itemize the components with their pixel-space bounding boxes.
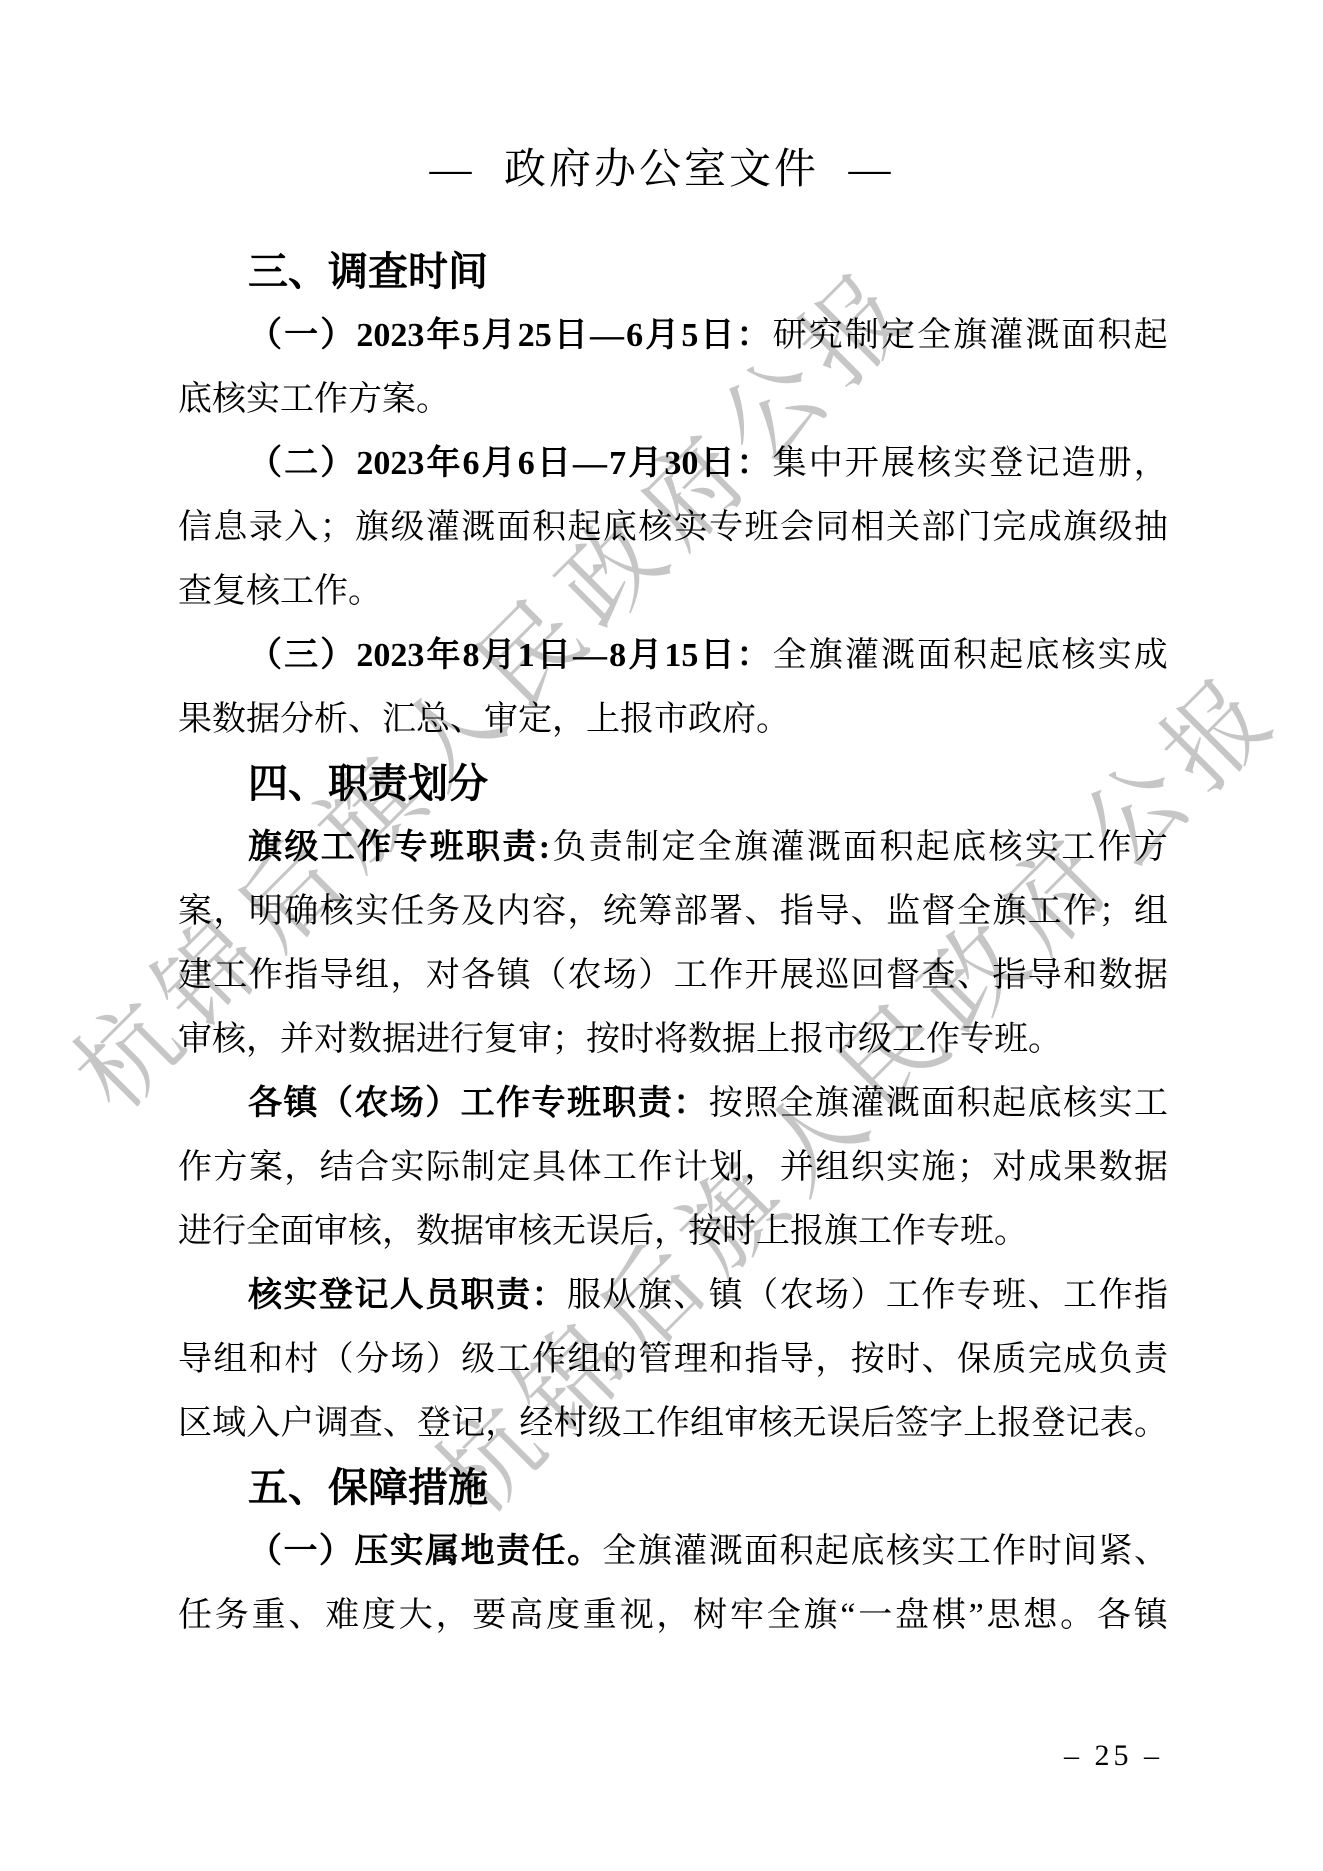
text-token: 全: [917, 304, 951, 368]
text-token: 。: [348, 560, 382, 624]
text-token: 级: [1099, 496, 1133, 560]
text-token: 实: [246, 368, 280, 432]
text-token: 管: [638, 1328, 672, 1392]
text-line: 核实登记人员职责：服从旗、镇（农场）工作专班、工作指: [178, 1264, 1168, 1328]
text-token: ；: [957, 1136, 991, 1200]
text-token: 息: [213, 496, 247, 560]
text-token: 日: [537, 624, 571, 688]
text-token: 分: [280, 688, 314, 752]
text-token: 组: [567, 1328, 601, 1392]
document-body: 三、调查时间（一）2023年5月25日—6月5日：研究制定全旗灌溉面积起底核实工…: [178, 240, 1168, 1648]
text-token: 面: [921, 1072, 955, 1136]
text-token: 、: [1134, 1520, 1168, 1584]
text-token: 积: [1098, 304, 1132, 368]
text-token: 指: [992, 944, 1026, 1008]
text-token: 上: [586, 688, 620, 752]
text-token: 日: [700, 432, 734, 496]
text-token: 旗: [815, 1072, 849, 1136]
text-token: 地: [461, 1520, 495, 1584]
text-token: 工: [622, 1392, 656, 1456]
text-token: 行: [450, 1008, 484, 1072]
text-token: 从: [602, 1264, 636, 1328]
text-token: ）: [320, 304, 354, 368]
text-token: 要: [472, 1584, 506, 1648]
text-line: （二）2023年6月6日—7月30日：集中开展核实登记造册，: [178, 432, 1168, 496]
text-token: 作: [357, 816, 391, 880]
text-token: 将: [654, 1008, 688, 1072]
text-token: ；: [1099, 880, 1133, 944]
text-token: 按: [586, 1008, 620, 1072]
text-token: （: [248, 304, 282, 368]
text-token: 据: [722, 1008, 756, 1072]
text-token: 班: [992, 1264, 1026, 1328]
text-token: 大: [399, 1584, 433, 1648]
text-token: 实: [283, 1264, 317, 1328]
text-token: 班: [960, 1200, 994, 1264]
text-token: 工: [213, 944, 247, 1008]
text-token: 旗: [734, 816, 768, 880]
text-token: 起: [992, 1072, 1026, 1136]
text-token: 实: [355, 880, 389, 944]
text-token: 划: [709, 1136, 743, 1200]
text-token: 究: [809, 304, 843, 368]
text-token: 核: [638, 496, 672, 560]
text-line: 果数据分析、汇总、审定，上报市政府。: [178, 688, 1168, 752]
text-token: 压: [354, 1520, 388, 1584]
text-token: 底: [1025, 624, 1059, 688]
text-token: 面: [917, 624, 951, 688]
text-token: 15: [664, 624, 698, 688]
text-line: （三）2023年8月1日—8月15日：全旗灌溉面积起底核实成: [178, 624, 1168, 688]
text-line: 审核，并对数据进行复审；按时将数据上报市级工作专班。: [178, 1008, 1168, 1072]
text-token: 对: [426, 944, 460, 1008]
text-token: 导: [780, 1328, 814, 1392]
text-token: 中: [809, 432, 843, 496]
text-token: 工: [321, 816, 355, 880]
text-token: 监: [886, 880, 920, 944]
text-token: 据: [1134, 1136, 1168, 1200]
text-token: 市: [824, 1008, 858, 1072]
text-token: 指: [780, 880, 814, 944]
text-token: 负: [1099, 1328, 1133, 1392]
text-token: 后: [861, 1392, 895, 1456]
text-token: 级: [390, 496, 424, 560]
text-token: 署: [709, 880, 743, 944]
text-token: ；: [552, 1008, 586, 1072]
text-token: 体: [567, 1136, 601, 1200]
text-token: 年: [426, 432, 460, 496]
text-token: 据: [1134, 944, 1168, 1008]
text-token: 核: [248, 1264, 282, 1328]
text-token: 日: [554, 304, 588, 368]
heading-text: 四、职责划分: [248, 762, 488, 806]
text-token: 工: [461, 1072, 495, 1136]
text-token: 方: [1134, 816, 1168, 880]
text-token: 紧: [1099, 1520, 1133, 1584]
text-token: 组: [355, 944, 389, 1008]
text-line: 任务重、难度大，要高度重视，树牢全旗“一盘棋”思想。各镇: [178, 1584, 1168, 1648]
text-token: 工: [858, 1200, 892, 1264]
text-token: 间: [1063, 1520, 1097, 1584]
text-token: 登: [1032, 1392, 1066, 1456]
text-token: 场: [390, 1072, 424, 1136]
text-token: 部: [922, 496, 956, 560]
text-token: 果: [178, 688, 212, 752]
text-token: 明: [249, 880, 283, 944]
text-token: 起: [815, 1520, 849, 1584]
text-token: 按: [688, 1200, 722, 1264]
text-token: 负: [552, 816, 586, 880]
text-token: 核: [246, 560, 280, 624]
text-token: 作: [249, 944, 283, 1008]
text-token: 案: [249, 1136, 283, 1200]
text-token: 按: [851, 1328, 885, 1392]
text-token: 数: [1099, 1136, 1133, 1200]
text-token: 作: [1098, 816, 1132, 880]
text-token: 展: [780, 944, 814, 1008]
text-token: 审: [178, 1008, 212, 1072]
text-token: ，: [390, 944, 424, 1008]
text-token: 关: [886, 496, 920, 560]
text-token: 旗: [1063, 496, 1097, 560]
text-token: 树: [693, 1584, 727, 1648]
text-token: 际: [426, 1136, 460, 1200]
text-token: 务: [215, 1584, 249, 1648]
document-page: 杭锦后旗人民政府公报 杭锦后旗人民政府公报 — 政府办公室文件 — 三、调查时间…: [0, 0, 1323, 1871]
text-token: ，: [656, 1584, 690, 1648]
text-token: 成: [1028, 496, 1062, 560]
page-number: – 25 –: [1064, 1736, 1163, 1776]
text-token: 底: [952, 816, 986, 880]
text-token: 作: [1063, 880, 1097, 944]
text-line: 旗级工作专班职责:负责制定全旗灌溉面积起底核实工作方: [178, 816, 1168, 880]
text-token: 各: [1097, 1584, 1131, 1648]
text-token: 镇: [497, 944, 531, 1008]
text-token: 农: [780, 1264, 814, 1328]
text-token: 表: [1100, 1392, 1134, 1456]
text-token: 成: [1028, 1136, 1062, 1200]
text-token: 责: [1134, 1328, 1168, 1392]
text-token: 组: [1134, 880, 1168, 944]
text-token: 月: [628, 432, 662, 496]
text-token: 底: [178, 368, 212, 432]
text-token: 行: [212, 1200, 246, 1264]
text-token: 登: [319, 1264, 353, 1328]
text-token: 数: [1099, 944, 1133, 1008]
text-token: 进: [178, 1200, 212, 1264]
text-token: 旗: [992, 880, 1026, 944]
text-token: 复: [484, 1008, 518, 1072]
text-token: 作: [314, 560, 348, 624]
section-heading: 三、调查时间: [178, 240, 1168, 304]
text-token: 照: [744, 1072, 778, 1136]
text-token: 实: [886, 1136, 920, 1200]
text-token: 作: [709, 944, 743, 1008]
text-token: 记: [1066, 1392, 1100, 1456]
text-token: 数: [348, 1008, 382, 1072]
text-token: 务: [426, 880, 460, 944]
text-token: 镇: [1134, 1584, 1168, 1648]
text-token: 三: [284, 624, 318, 688]
text-token: 面: [1062, 304, 1096, 368]
text-token: 全: [602, 1520, 636, 1584]
text-token: 班: [745, 496, 779, 560]
text-token: 级: [588, 1392, 622, 1456]
text-token: 作: [638, 1136, 672, 1200]
text-token: 重: [252, 1584, 286, 1648]
text-token: 30: [664, 432, 698, 496]
text-token: 核: [1063, 1072, 1097, 1136]
text-token: 容: [532, 880, 566, 944]
text-token: 25: [518, 304, 552, 368]
text-token: 日: [700, 304, 734, 368]
text-token: 度: [362, 1584, 396, 1648]
text-token: 数: [688, 1008, 722, 1072]
text-token: 积: [880, 816, 914, 880]
text-token: 起: [916, 816, 950, 880]
text-token: 集: [773, 432, 807, 496]
text-token: 底: [603, 496, 637, 560]
text-token: 果: [1063, 1136, 1097, 1200]
text-token: 、: [288, 1584, 322, 1648]
text-token: 字: [929, 1392, 963, 1456]
text-token: 专: [709, 496, 743, 560]
text-token: 灌: [426, 496, 460, 560]
text-token: 完: [992, 496, 1026, 560]
text-token: 区: [178, 1392, 212, 1456]
text-token: ）: [319, 1520, 353, 1584]
text-token: 全: [698, 816, 732, 880]
text-token: 服: [567, 1264, 601, 1328]
text-token: 作: [992, 1520, 1026, 1584]
text-token: 导: [178, 1328, 212, 1392]
text-token: 班: [430, 816, 464, 880]
text-token: 旗: [248, 816, 282, 880]
text-token: 据: [450, 1200, 484, 1264]
text-token: 审: [484, 688, 518, 752]
text-token: 月: [645, 304, 679, 368]
text-line: 进行全面审核，数据审核无误后，按时上报旗工作专班。: [178, 1200, 1168, 1264]
text-token: 数: [416, 1200, 450, 1264]
text-token: ）: [426, 1328, 460, 1392]
text-token: 月: [482, 624, 516, 688]
text-token: 实: [1098, 624, 1132, 688]
text-token: 级: [461, 1328, 495, 1392]
text-token: ：: [737, 304, 771, 368]
text-token: 溉: [881, 624, 915, 688]
text-token: 查: [349, 1392, 383, 1456]
text-token: 想: [1023, 1584, 1057, 1648]
text-token: 签: [895, 1392, 929, 1456]
text-token: :: [539, 816, 550, 880]
text-token: 实: [1025, 816, 1059, 880]
text-token: 班: [994, 1008, 1028, 1072]
text-token: 专: [926, 1200, 960, 1264]
text-token: 专: [532, 1072, 566, 1136]
text-token: 、: [922, 1328, 956, 1392]
text-token: 和: [709, 1328, 743, 1392]
text-token: （: [744, 1264, 778, 1328]
text-token: 后: [620, 1200, 654, 1264]
text-token: 报: [790, 1008, 824, 1072]
text-token: 政: [688, 688, 722, 752]
text-token: 记: [1025, 432, 1059, 496]
text-token: 起: [567, 496, 601, 560]
text-token: 组: [815, 1136, 849, 1200]
text-token: 核: [320, 880, 354, 944]
text-token: 工: [280, 368, 314, 432]
text-token: “: [840, 1584, 855, 1648]
text-line: 底核实工作方案。: [178, 368, 1168, 432]
text-token: （: [532, 944, 566, 1008]
text-token: 面: [497, 496, 531, 560]
text-token: —: [573, 432, 607, 496]
text-token: ）: [320, 624, 354, 688]
text-token: 7: [609, 432, 626, 496]
text-token: 底: [1028, 1072, 1062, 1136]
text-token: 定: [661, 816, 695, 880]
text-token: 审: [724, 1392, 758, 1456]
text-token: 工: [1061, 816, 1095, 880]
document-header: — 政府办公室文件 —: [0, 142, 1323, 198]
text-token: 起: [989, 624, 1023, 688]
text-token: 定: [518, 688, 552, 752]
text-token: 积: [953, 624, 987, 688]
text-token: 进: [416, 1008, 450, 1072]
text-token: 溉: [807, 816, 841, 880]
text-token: 制: [461, 1136, 495, 1200]
text-token: 核: [989, 816, 1023, 880]
text-token: 组: [213, 1328, 247, 1392]
text-token: 府: [722, 688, 756, 752]
text-token: 开: [845, 432, 879, 496]
text-token: 、: [673, 1264, 707, 1328]
text-line: 导组和村（分场）级工作组的管理和指导，按时、保质完成负责: [178, 1328, 1168, 1392]
text-token: 灌: [673, 1520, 707, 1584]
text-token: 核: [1062, 624, 1096, 688]
text-token: 内: [497, 880, 531, 944]
text-token: 实: [953, 432, 987, 496]
text-token: 重: [583, 1584, 617, 1648]
text-token: 会: [780, 496, 814, 560]
text-token: 无: [552, 1200, 586, 1264]
text-token: 作: [656, 1392, 690, 1456]
text-line: 区域入户调查、登记，经村级工作组审核无误后签字上报登记表。: [178, 1392, 1168, 1456]
text-token: 二: [284, 432, 318, 496]
text-token: 思: [987, 1584, 1021, 1648]
text-token: 户: [280, 1392, 314, 1456]
text-token: 职: [466, 816, 500, 880]
text-token: 农: [567, 944, 601, 1008]
text-token: 质: [992, 1328, 1026, 1392]
text-token: 分: [355, 1328, 389, 1392]
text-token: 、: [745, 880, 779, 944]
text-token: 实: [390, 1520, 424, 1584]
text-token: 责: [638, 1072, 672, 1136]
text-token: 工: [892, 1008, 926, 1072]
text-token: 作: [926, 1008, 960, 1072]
text-line: （一）压实属地责任。全旗灌溉面积起底核实工作时间紧、: [178, 1520, 1168, 1584]
text-token: 职: [461, 1264, 495, 1328]
text-token: 旗: [809, 624, 843, 688]
text-token: ）: [425, 1072, 459, 1136]
text-token: 实: [1099, 1072, 1133, 1136]
text-token: 村: [554, 1392, 588, 1456]
text-token: 制: [845, 304, 879, 368]
text-token: ：: [532, 1264, 566, 1328]
text-token: 理: [674, 1328, 708, 1392]
text-token: 视: [620, 1584, 654, 1648]
text-token: 核: [886, 1520, 920, 1584]
text-token: 抽: [1134, 496, 1168, 560]
text-token: 域: [212, 1392, 246, 1456]
text-token: 牢: [730, 1584, 764, 1648]
heading-text: 三、调查时间: [248, 250, 488, 294]
text-token: ，: [436, 1584, 470, 1648]
text-token: 工: [280, 560, 314, 624]
text-token: 造: [1062, 432, 1096, 496]
text-token: 案: [382, 368, 416, 432]
text-token: 保: [957, 1328, 991, 1392]
text-token: 审: [518, 1008, 552, 1072]
text-token: ，: [485, 1392, 519, 1456]
text-token: 职: [602, 1072, 636, 1136]
text-token: 查: [922, 944, 956, 1008]
text-token: ，: [567, 880, 601, 944]
text-token: 镇: [283, 1072, 317, 1136]
text-token: 旗: [804, 1584, 838, 1648]
text-token: 计: [674, 1136, 708, 1200]
text-token: 月: [482, 304, 516, 368]
text-token: ）: [320, 432, 354, 496]
text-token: 实: [390, 1136, 424, 1200]
text-token: 溉: [461, 496, 495, 560]
text-token: 溉: [886, 1072, 920, 1136]
text-token: 员: [425, 1264, 459, 1328]
text-token: 责: [496, 1520, 530, 1584]
text-token: 的: [603, 1328, 637, 1392]
text-token: 导: [815, 880, 849, 944]
text-token: 核: [758, 1392, 792, 1456]
text-token: 入: [284, 496, 318, 560]
text-token: ；: [320, 496, 354, 560]
text-token: 责: [502, 816, 536, 880]
text-token: 作: [921, 1264, 955, 1328]
text-token: 、: [1028, 1264, 1062, 1328]
text-token: 上: [963, 1392, 997, 1456]
text-token: 指: [284, 944, 318, 1008]
text-token: 全: [773, 624, 807, 688]
text-token: ，: [1134, 432, 1168, 496]
text-token: 5: [681, 304, 698, 368]
text-token: 信: [178, 496, 212, 560]
text-token: 一: [284, 304, 318, 368]
text-token: ，: [654, 1200, 688, 1264]
text-token: 作: [496, 1072, 530, 1136]
text-token: 时: [620, 1008, 654, 1072]
text-token: 一: [858, 1584, 892, 1648]
text-token: ，: [815, 1328, 849, 1392]
text-token: 起: [1134, 304, 1168, 368]
text-token: 场: [815, 1264, 849, 1328]
text-token: 无: [793, 1392, 827, 1456]
text-token: 一: [283, 1520, 317, 1584]
text-token: 工: [886, 1264, 920, 1328]
text-token: 合: [355, 1136, 389, 1200]
text-token: 数: [212, 688, 246, 752]
text-token: 作: [314, 368, 348, 432]
text-token: 督: [886, 944, 920, 1008]
